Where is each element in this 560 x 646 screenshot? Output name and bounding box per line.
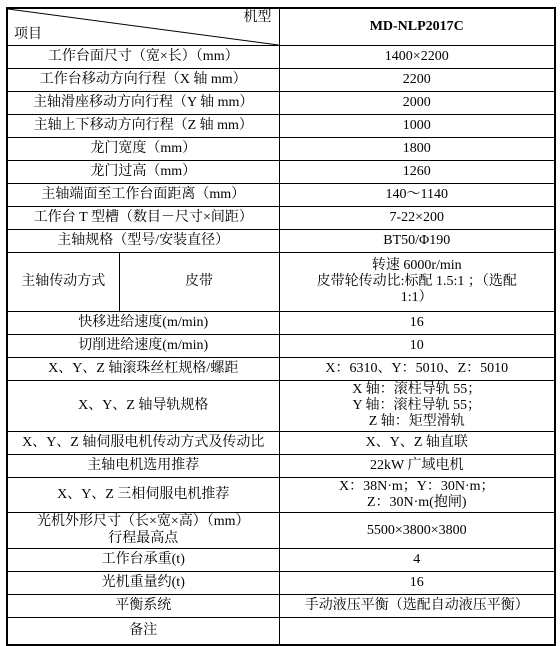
table-row: 主轴滑座移动方向行程（Y 轴 mm） 2000 (7, 92, 555, 115)
table-row-remarks: 备注 (7, 617, 555, 645)
row-value: 140～1140 (279, 184, 555, 207)
row-label: 主轴规格（型号/安装直径） (7, 230, 279, 253)
row-value: 4 (279, 548, 555, 571)
header-row: 机型 项目 MD-NLP2017C (7, 8, 555, 46)
row-value: 5500×3800×3800 (279, 513, 555, 548)
spec-sheet-page: 机型 项目 MD-NLP2017C 工作台面尺寸（宽×长）（mm） 1400×2… (0, 0, 560, 644)
row-label: X、Y、Z 轴导轨规格 (7, 381, 279, 432)
row-label: 主轴上下移动方向行程（Z 轴 mm） (7, 115, 279, 138)
row-label: 平衡系统 (7, 594, 279, 617)
table-row: 光机重量约(t) 16 (7, 571, 555, 594)
header-corner-item-label: 项目 (14, 27, 42, 43)
table-row: 龙门过高（mm） 1260 (7, 161, 555, 184)
row-label: 光机外形尺寸（长×宽×高）（mm） 行程最高点 (7, 513, 279, 548)
row-label: X、Y、Z 轴伺服电机传动方式及传动比 (7, 432, 279, 455)
row-value: 7-22×200 (279, 207, 555, 230)
row-label: 光机重量约(t) (7, 571, 279, 594)
row-value: 2200 (279, 69, 555, 92)
diagonal-divider-line (8, 9, 279, 45)
row-label: 工作台面尺寸（宽×长）（mm） (7, 46, 279, 69)
row-label: 主轴端面至工作台面距离（mm） (7, 184, 279, 207)
row-label: X、Y、Z 轴滚珠丝杠规格/螺距 (7, 358, 279, 381)
row-label: 快移进给速度(m/min) (7, 312, 279, 335)
row-value: 16 (279, 571, 555, 594)
row-value: 16 (279, 312, 555, 335)
machine-spec-table: 机型 项目 MD-NLP2017C 工作台面尺寸（宽×长）（mm） 1400×2… (6, 7, 556, 646)
table-row: 主轴上下移动方向行程（Z 轴 mm） 1000 (7, 115, 555, 138)
row-label: 龙门过高（mm） (7, 161, 279, 184)
table-row: 工作台承重(t) 4 (7, 548, 555, 571)
row-label: 工作台移动方向行程（X 轴 mm） (7, 69, 279, 92)
table-row: 快移进给速度(m/min) 16 (7, 312, 555, 335)
row-value: 手动液压平衡（选配自动液压平衡） (279, 594, 555, 617)
table-row: X、Y、Z 轴伺服电机传动方式及传动比 X、Y、Z 轴直联 (7, 432, 555, 455)
table-row: 龙门宽度（mm） 1800 (7, 138, 555, 161)
header-corner-model-label: 机型 (244, 10, 272, 26)
row-value: 转速 6000r/min 皮带轮传动比:标配 1.5:1 ；（选配 1:1） (279, 253, 555, 312)
table-row: 主轴端面至工作台面距离（mm） 140～1140 (7, 184, 555, 207)
row-value: 2000 (279, 92, 555, 115)
row-value: 10 (279, 335, 555, 358)
table-row: 工作台 T 型槽（数目－尺寸×间距） 7-22×200 (7, 207, 555, 230)
table-row: 主轴规格（型号/安装直径） BT50/Φ190 (7, 230, 555, 253)
row-value: 1260 (279, 161, 555, 184)
table-row: X、Y、Z 轴滚珠丝杠规格/螺距 X：6310、Y：5010、Z：5010 (7, 358, 555, 381)
row-label: 工作台承重(t) (7, 548, 279, 571)
table-row-spindle-drive: 主轴传动方式 皮带 转速 6000r/min 皮带轮传动比:标配 1.5:1 ；… (7, 253, 555, 312)
row-value: BT50/Φ190 (279, 230, 555, 253)
row-sublabel: 皮带 (119, 253, 279, 312)
table-row: 平衡系统 手动液压平衡（选配自动液压平衡） (7, 594, 555, 617)
row-label: 主轴滑座移动方向行程（Y 轴 mm） (7, 92, 279, 115)
row-value: 1800 (279, 138, 555, 161)
row-value: X、Y、Z 轴直联 (279, 432, 555, 455)
row-value: X 轴：滚柱导轨 55； Y 轴：滚柱导轨 55； Z 轴：矩型滑轨 (279, 381, 555, 432)
table-row: 工作台移动方向行程（X 轴 mm） 2200 (7, 69, 555, 92)
row-label: 主轴传动方式 (7, 253, 119, 312)
row-label: X、Y、Z 三相伺服电机推荐 (7, 478, 279, 513)
machine-model-name: MD-NLP2017C (279, 8, 555, 46)
row-value: X：6310、Y：5010、Z：5010 (279, 358, 555, 381)
table-row: X、Y、Z 轴导轨规格 X 轴：滚柱导轨 55； Y 轴：滚柱导轨 55； Z … (7, 381, 555, 432)
row-value: 1000 (279, 115, 555, 138)
row-label: 龙门宽度（mm） (7, 138, 279, 161)
row-value: X：38N·m；Y：30N·m； Z：30N·m(抱闸) (279, 478, 555, 513)
row-label: 主轴电机选用推荐 (7, 455, 279, 478)
row-value: 22kW 广域电机 (279, 455, 555, 478)
table-row: 主轴电机选用推荐 22kW 广域电机 (7, 455, 555, 478)
row-label: 备注 (7, 617, 279, 645)
table-row: 切削进给速度(m/min) 10 (7, 335, 555, 358)
table-row: X、Y、Z 三相伺服电机推荐 X：38N·m；Y：30N·m； Z：30N·m(… (7, 478, 555, 513)
table-row: 光机外形尺寸（长×宽×高）（mm） 行程最高点 5500×3800×3800 (7, 513, 555, 548)
row-label: 切削进给速度(m/min) (7, 335, 279, 358)
row-label: 工作台 T 型槽（数目－尺寸×间距） (7, 207, 279, 230)
diagonal-header-cell: 机型 项目 (7, 8, 279, 46)
row-value: 1400×2200 (279, 46, 555, 69)
row-value (279, 617, 555, 645)
table-row: 工作台面尺寸（宽×长）（mm） 1400×2200 (7, 46, 555, 69)
